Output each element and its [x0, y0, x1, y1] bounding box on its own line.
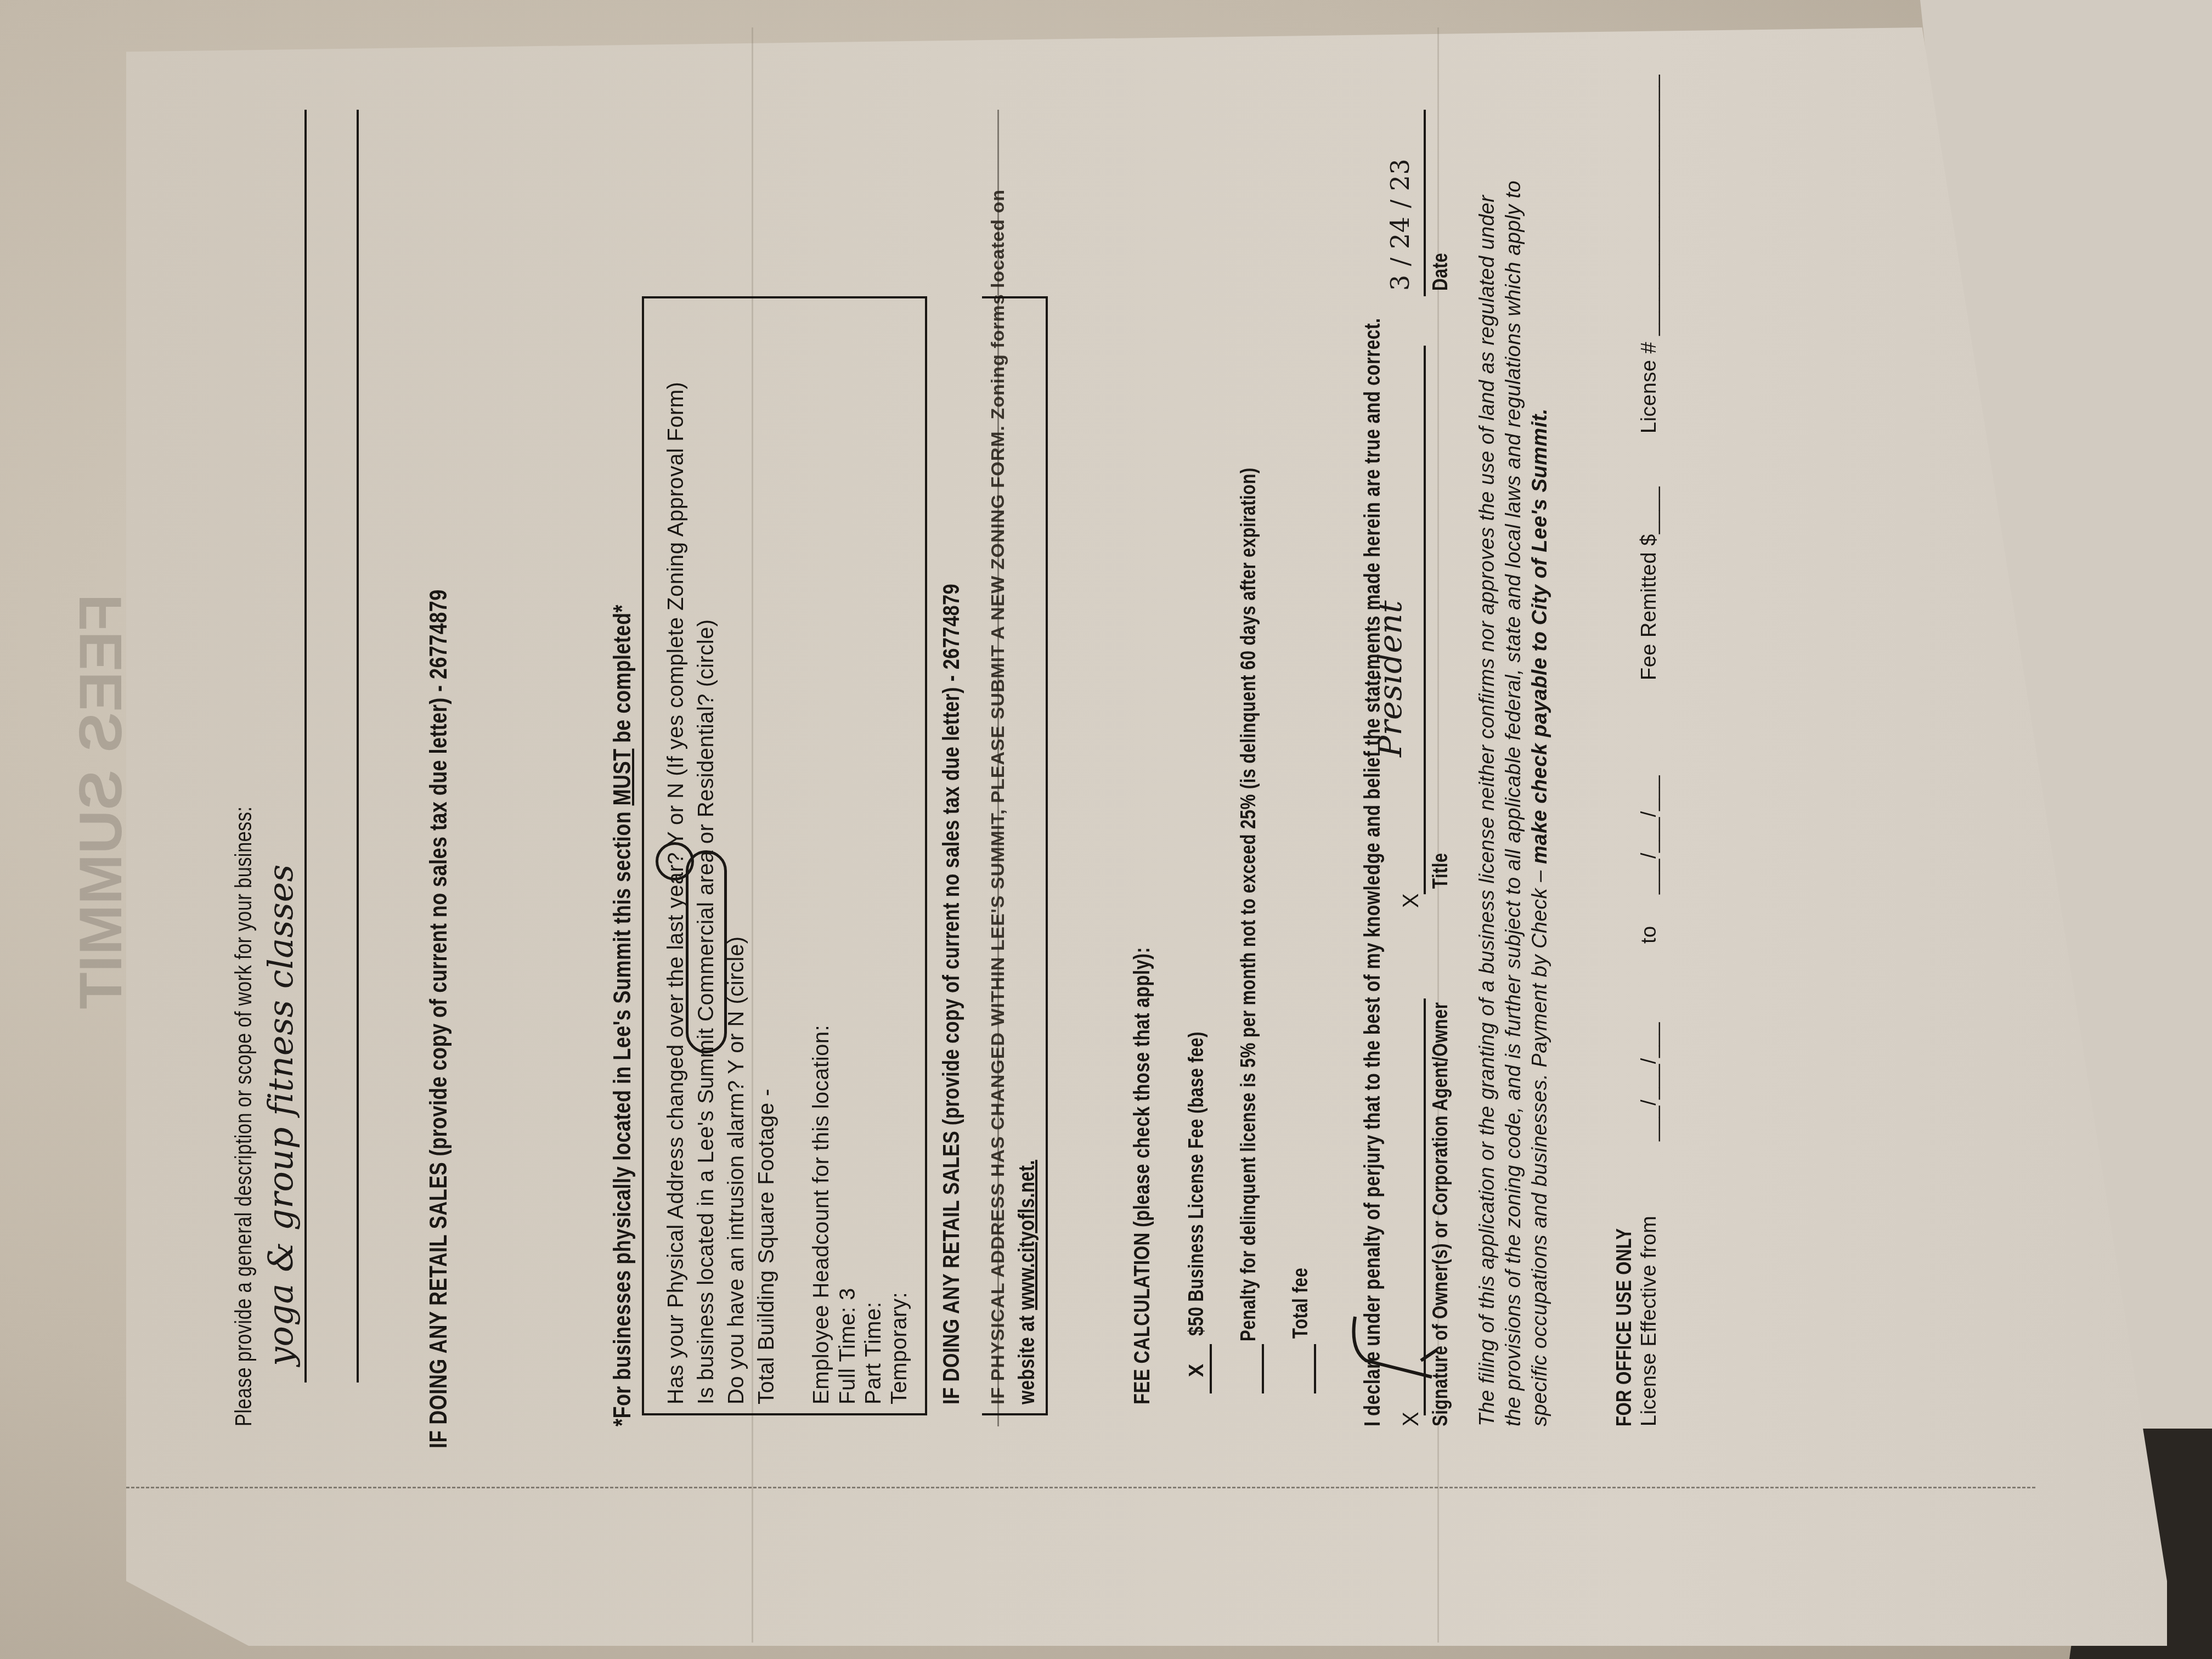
date-label: Date: [1429, 253, 1453, 291]
question-square-footage: Total Building Square Footage -: [754, 1088, 779, 1404]
date-line: [1424, 110, 1426, 296]
headcount-temporary: Temporary:: [887, 1292, 912, 1404]
effective-from-label: License Effective from: [1638, 1216, 1661, 1426]
disclaimer-line-2: the provisions of the zoning code, and i…: [1502, 180, 1526, 1426]
signature-scrawl: [1344, 1273, 1437, 1383]
description-line-1: [304, 110, 307, 1383]
lees-summit-heading: *For businesses physically located in Le…: [609, 605, 636, 1426]
effective-from-date[interactable]: ___/___/___: [1638, 1022, 1661, 1141]
headcount-full-time: Full Time: 3: [836, 1288, 860, 1404]
effective-to-date[interactable]: ___/___/___: [1638, 775, 1661, 894]
form-content: FEES SUMMIT Please provide a general des…: [230, 104, 1712, 1448]
disclaimer-line-3: specific occupations and businesses. Pay…: [1528, 408, 1552, 1426]
retail-sales-notice: IF DOING ANY RETAIL SALES (provide copy …: [425, 589, 453, 1448]
fee-item-penalty-label: Penalty for delinquent license is 5% per…: [1237, 467, 1261, 1341]
disclaimer-line-1: The filing of this application or the gr…: [1476, 195, 1499, 1426]
fee-remitted[interactable]: Fee Remitted $____: [1638, 487, 1661, 680]
retail-sales-notice-2: IF DOING ANY RETAIL SALES (provide copy …: [938, 584, 964, 1404]
effective-to-label: to: [1638, 926, 1661, 944]
title-value[interactable]: President: [1372, 600, 1409, 757]
fee-item-base-mark[interactable]: X: [1185, 1363, 1208, 1377]
office-use-heading: FOR OFFICE USE ONLY: [1613, 1228, 1637, 1426]
show-through-text: FEES SUMMIT: [66, 594, 136, 1009]
description-line-2: [357, 110, 359, 1383]
title-line: [1424, 346, 1426, 894]
perjury-declaration: I declare under penalty of perjury that …: [1361, 318, 1385, 1426]
description-value[interactable]: yoga & group fitness classes: [261, 864, 301, 1366]
headcount-part-time: Part Time:: [861, 1302, 886, 1404]
question-intrusion-alarm: Do you have an intrusion alarm? Y or N (…: [724, 936, 749, 1405]
fee-item-base-blank: [1210, 1344, 1212, 1393]
payment-instruction: make check payable to City of Lee's Summ…: [1528, 408, 1551, 864]
description-prompt: Please provide a general description or …: [230, 806, 257, 1426]
title-x: X: [1399, 893, 1424, 908]
question-address-changed: Has your Physical Address changed over t…: [664, 382, 689, 1404]
fee-heading: FEE CALCULATION (please check those that…: [1130, 947, 1155, 1404]
answer-circle-commercial[interactable]: [686, 850, 727, 1053]
paper-crease: [126, 1487, 2035, 1489]
fee-item-total-label: Total fee: [1289, 1267, 1313, 1339]
title-label: Title: [1429, 853, 1453, 889]
fee-item-total-blank[interactable]: [1314, 1344, 1316, 1393]
signature-x: X: [1399, 1412, 1424, 1426]
headcount-title: Employee Headcount for this location:: [809, 1025, 834, 1404]
fee-item-base-label: $50 Business License Fee (base fee): [1185, 1031, 1209, 1336]
fee-item-penalty-blank[interactable]: [1262, 1344, 1264, 1393]
signature-label: Signature of Owner(s) or Corporation Age…: [1429, 1002, 1453, 1426]
date-value[interactable]: 3 / 24 / 23: [1385, 159, 1415, 291]
license-number[interactable]: License # ______________________: [1638, 75, 1661, 433]
zoning-notice-box: [982, 296, 1048, 1415]
